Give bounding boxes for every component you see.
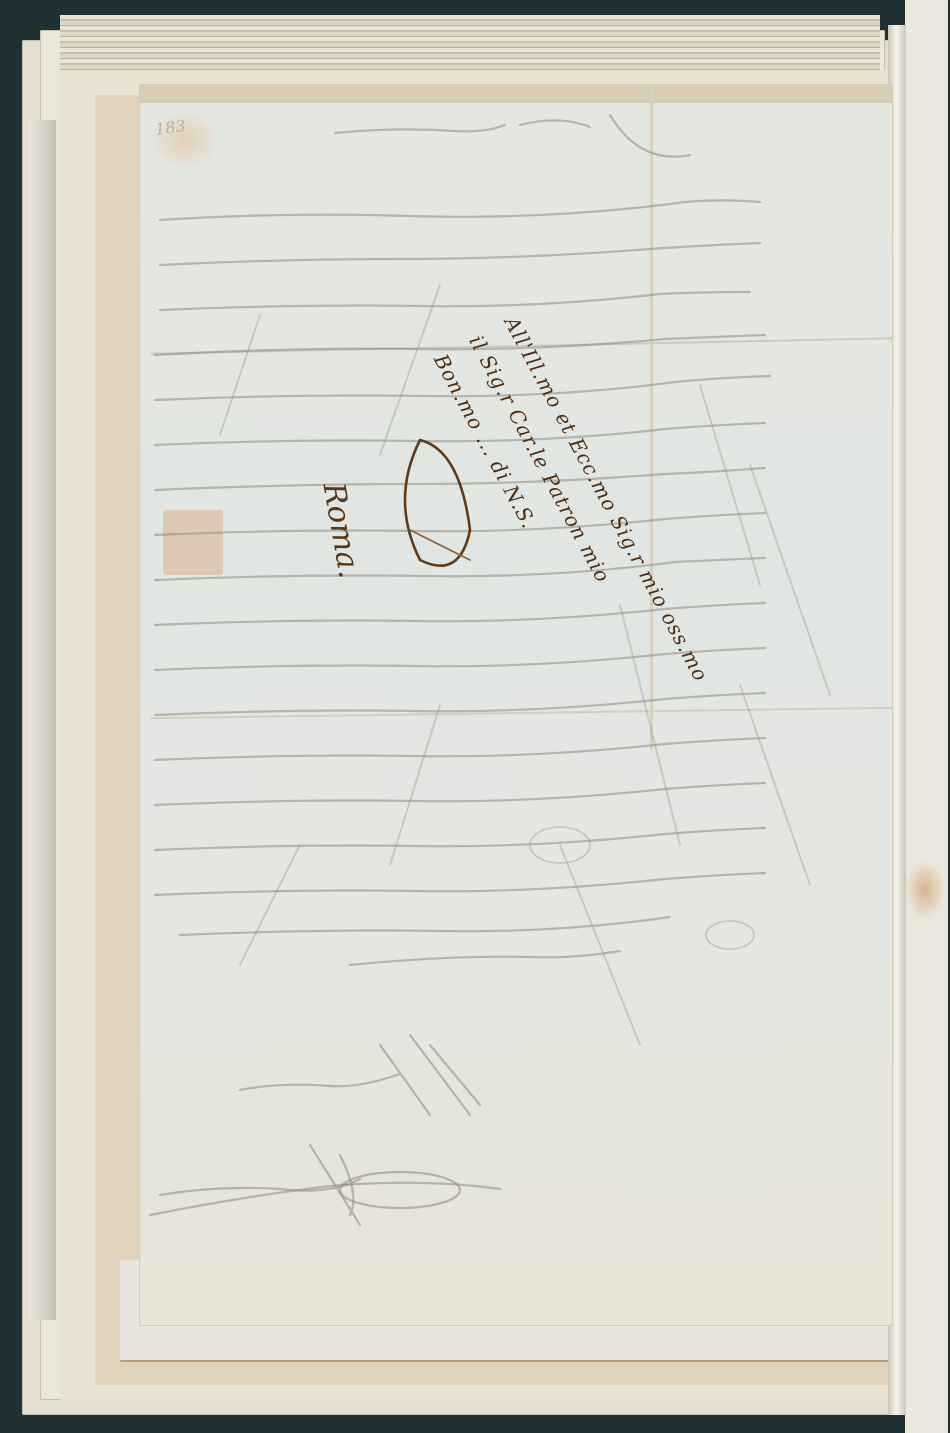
bleed-through-text: [140, 85, 892, 1325]
left-page-edges: [28, 120, 56, 1320]
roma-flourish: [380, 400, 620, 620]
stain: [905, 860, 945, 920]
facing-page: [905, 0, 950, 1433]
